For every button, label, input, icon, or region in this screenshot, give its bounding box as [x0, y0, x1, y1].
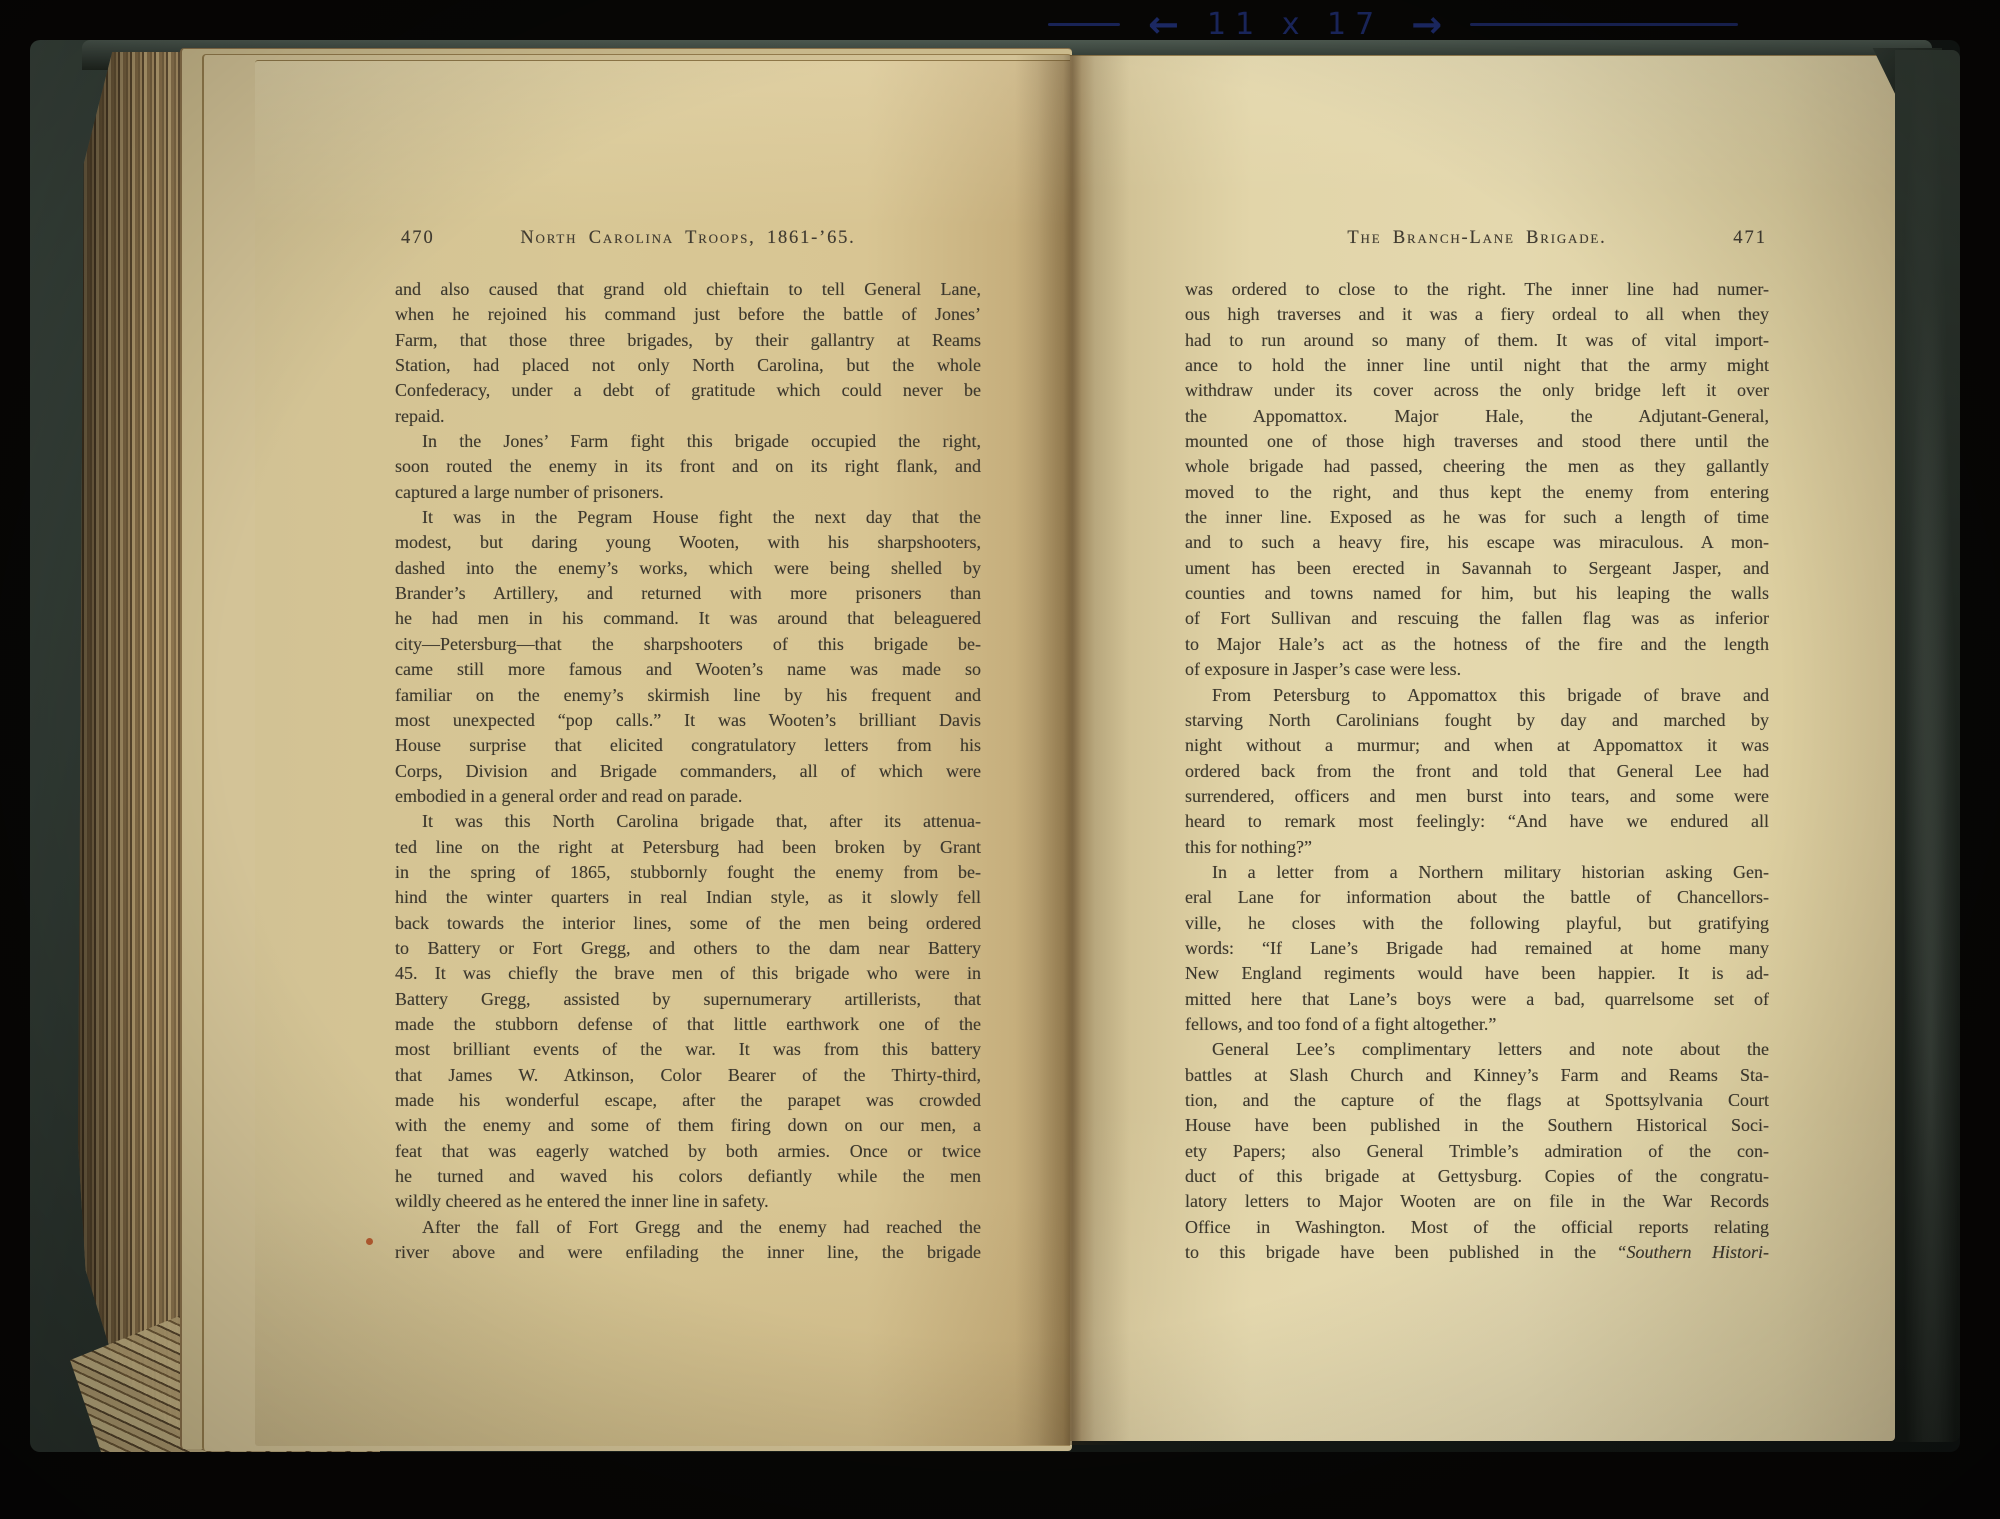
text-line: Confederacy, under a debt of gratitude w… — [395, 378, 981, 403]
text-line: night without a murmur; and when at Appo… — [1185, 733, 1769, 758]
text-line: feat that was eagerly watched by both ar… — [395, 1139, 981, 1164]
text-line: back towards the interior lines, some of… — [395, 911, 981, 936]
text-line: House have been published in the Souther… — [1185, 1113, 1769, 1138]
text-line: ordered back from the front and told tha… — [1185, 759, 1769, 784]
text-line: ument has been erected in Savannah to Se… — [1185, 556, 1769, 581]
text-line: withdraw under its cover across the only… — [1185, 378, 1769, 403]
left-page-body: and also caused that grand old chieftain… — [395, 277, 981, 1265]
text-line: repaid. — [395, 404, 981, 429]
text-line: when he rejoined his command just before… — [395, 302, 981, 327]
text-line: mitted here that Lane’s boys were a bad,… — [1185, 987, 1769, 1012]
text-line: Office in Washington. Most of the offici… — [1185, 1215, 1769, 1240]
text-line: After the fall of Fort Gregg and the ene… — [395, 1215, 981, 1240]
text-line: House surprise that elicited congratulat… — [395, 733, 981, 758]
text-line: familiar on the enemy’s skirmish line by… — [395, 683, 981, 708]
text-line: soon routed the enemy in its front and o… — [395, 454, 981, 479]
paragraph: General Lee’s complimentary letters and … — [1185, 1037, 1769, 1265]
text-line: fellows, and too fond of a fight altoget… — [1185, 1012, 1769, 1037]
text-line: this for nothing?” — [1185, 835, 1769, 860]
right-cover-edge — [1895, 50, 1960, 1442]
paragraph: From Petersburg to Appomattox this briga… — [1185, 683, 1769, 860]
text-line: moved to the right, and thus kept the en… — [1185, 480, 1769, 505]
text-line: of Fort Sullivan and rescuing the fallen… — [1185, 606, 1769, 631]
text-line: Farm, that those three brigades, by thei… — [395, 328, 981, 353]
text-line: surrendered, officers and men burst into… — [1185, 784, 1769, 809]
text-line: mounted one of those high traverses and … — [1185, 429, 1769, 454]
text-line: hind the winter quarters in real Indian … — [395, 885, 981, 910]
text-line: the Appomattox. Major Hale, the Adjutant… — [1185, 404, 1769, 429]
text-line: whole brigade had passed, cheering the m… — [1185, 454, 1769, 479]
text-line: ted line on the right at Petersburg had … — [395, 835, 981, 860]
text-line: to this brigade have been published in t… — [1185, 1240, 1769, 1265]
text-line: made his wonderful escape, after the par… — [395, 1088, 981, 1113]
text-line: he had men in his command. It was around… — [395, 606, 981, 631]
text-line: most unexpected “pop calls.” It was Woot… — [395, 708, 981, 733]
left-running-title: North Carolina Troops, 1861-’65. — [395, 226, 981, 251]
text-line: 45. It was chiefly the brave men of this… — [395, 961, 981, 986]
right-page-header: The Branch-Lane Brigade. 471 — [1185, 226, 1769, 252]
text-line: duct of this brigade at Gettysburg. Copi… — [1185, 1164, 1769, 1189]
text-line: city—Petersburg—that the sharpshooters o… — [395, 632, 981, 657]
text-line: battles at Slash Church and Kinney’s Far… — [1185, 1063, 1769, 1088]
text-line: had to run around so many of them. It wa… — [1185, 328, 1769, 353]
text-line: Battery Gregg, assisted by supernumerary… — [395, 987, 981, 1012]
text-line: of exposure in Jasper’s case were less. — [1185, 657, 1769, 682]
text-line: ville, he closes with the following play… — [1185, 911, 1769, 936]
text-line: General Lee’s complimentary letters and … — [1185, 1037, 1769, 1062]
text-line: latory letters to Major Wooten are on fi… — [1185, 1189, 1769, 1214]
text-line: New England regiments would have been ha… — [1185, 961, 1769, 986]
text-line: and to such a heavy fire, his escape was… — [1185, 530, 1769, 555]
text-line: In a letter from a Northern military his… — [1185, 860, 1769, 885]
text-line: starving North Carolinians fought by day… — [1185, 708, 1769, 733]
text-line: most brilliant events of the war. It was… — [395, 1037, 981, 1062]
text-line: ous high traverses and it was a fiery or… — [1185, 302, 1769, 327]
paragraph: was ordered to close to the right. The i… — [1185, 277, 1769, 683]
paragraph: In a letter from a Northern military his… — [1185, 860, 1769, 1037]
text-line: modest, but daring young Wooten, with hi… — [395, 530, 981, 555]
text-line: he turned and waved his colors defiantly… — [395, 1164, 981, 1189]
right-page-content: The Branch-Lane Brigade. 471 was ordered… — [1185, 226, 1769, 1265]
text-line: and also caused that grand old chieftain… — [395, 277, 981, 302]
left-page-number: 470 — [401, 226, 435, 251]
text-line: came still more famous and Wooten’s name… — [395, 657, 981, 682]
paragraph: It was this North Carolina brigade that,… — [395, 809, 981, 1215]
text-line: in the spring of 1865, stubbornly fought… — [395, 860, 981, 885]
paragraph: It was in the Pegram House fight the nex… — [395, 505, 981, 809]
text-line: Station, had placed not only North Carol… — [395, 353, 981, 378]
text-line: embodied in a general order and read on … — [395, 784, 981, 809]
right-page-number: 471 — [1733, 226, 1767, 251]
left-page-header: 470 North Carolina Troops, 1861-’65. — [395, 226, 981, 252]
text-line: with the enemy and some of them firing d… — [395, 1113, 981, 1138]
text-line: In the Jones’ Farm fight this brigade oc… — [395, 429, 981, 454]
text-line: that James W. Atkinson, Color Bearer of … — [395, 1063, 981, 1088]
gutter-shadow — [1015, 55, 1130, 1445]
text-line: It was in the Pegram House fight the nex… — [395, 505, 981, 530]
guide-line — [1470, 23, 1738, 26]
text-line: Brander’s Artillery, and returned with m… — [395, 581, 981, 606]
guide-line — [1048, 23, 1120, 26]
text-line: ance to hold the inner line until night … — [1185, 353, 1769, 378]
left-page-content: 470 North Carolina Troops, 1861-’65. and… — [395, 226, 981, 1265]
text-line: eral Lane for information about the batt… — [1185, 885, 1769, 910]
text-line: counties and towns named for him, but hi… — [1185, 581, 1769, 606]
text-line: words: “If Lane’s Brigade had remained a… — [1185, 936, 1769, 961]
right-running-title: The Branch-Lane Brigade. — [1185, 226, 1769, 251]
text-line: to Battery or Fort Gregg, and others to … — [395, 936, 981, 961]
paragraph: In the Jones’ Farm fight this brigade oc… — [395, 429, 981, 505]
text-line: ety Papers; also General Trimble’s admir… — [1185, 1139, 1769, 1164]
text-line: wildly cheered as he entered the inner l… — [395, 1189, 981, 1214]
text-line: tion, and the capture of the flags at Sp… — [1185, 1088, 1769, 1113]
text-line: Corps, Division and Brigade commanders, … — [395, 759, 981, 784]
book-scan-photo: ← 11 x 17 → 470 North Carolina Troops, 1… — [0, 0, 2000, 1519]
foxing-speck — [366, 1238, 373, 1245]
open-book: 470 North Carolina Troops, 1861-’65. and… — [30, 40, 1960, 1452]
text-line: river above and were enfilading the inne… — [395, 1240, 981, 1265]
text-line: was ordered to close to the right. The i… — [1185, 277, 1769, 302]
text-line: made the stubborn defense of that little… — [395, 1012, 981, 1037]
text-line: dashed into the enemy’s works, which wer… — [395, 556, 981, 581]
text-line: to Major Hale’s act as the hotness of th… — [1185, 632, 1769, 657]
paragraph: After the fall of Fort Gregg and the ene… — [395, 1215, 981, 1266]
text-line: the inner line. Exposed as he was for su… — [1185, 505, 1769, 530]
scanner-size-label: 11 x 17 — [1207, 7, 1383, 42]
right-page-body: was ordered to close to the right. The i… — [1185, 277, 1769, 1265]
text-line: heard to remark most feelingly: “And hav… — [1185, 809, 1769, 834]
text-line: It was this North Carolina brigade that,… — [395, 809, 981, 834]
text-line: captured a large number of prisoners. — [395, 480, 981, 505]
right-arrow-icon: → — [1411, 6, 1442, 43]
text-line: From Petersburg to Appomattox this briga… — [1185, 683, 1769, 708]
paragraph: and also caused that grand old chieftain… — [395, 277, 981, 429]
left-arrow-icon: ← — [1148, 6, 1179, 43]
